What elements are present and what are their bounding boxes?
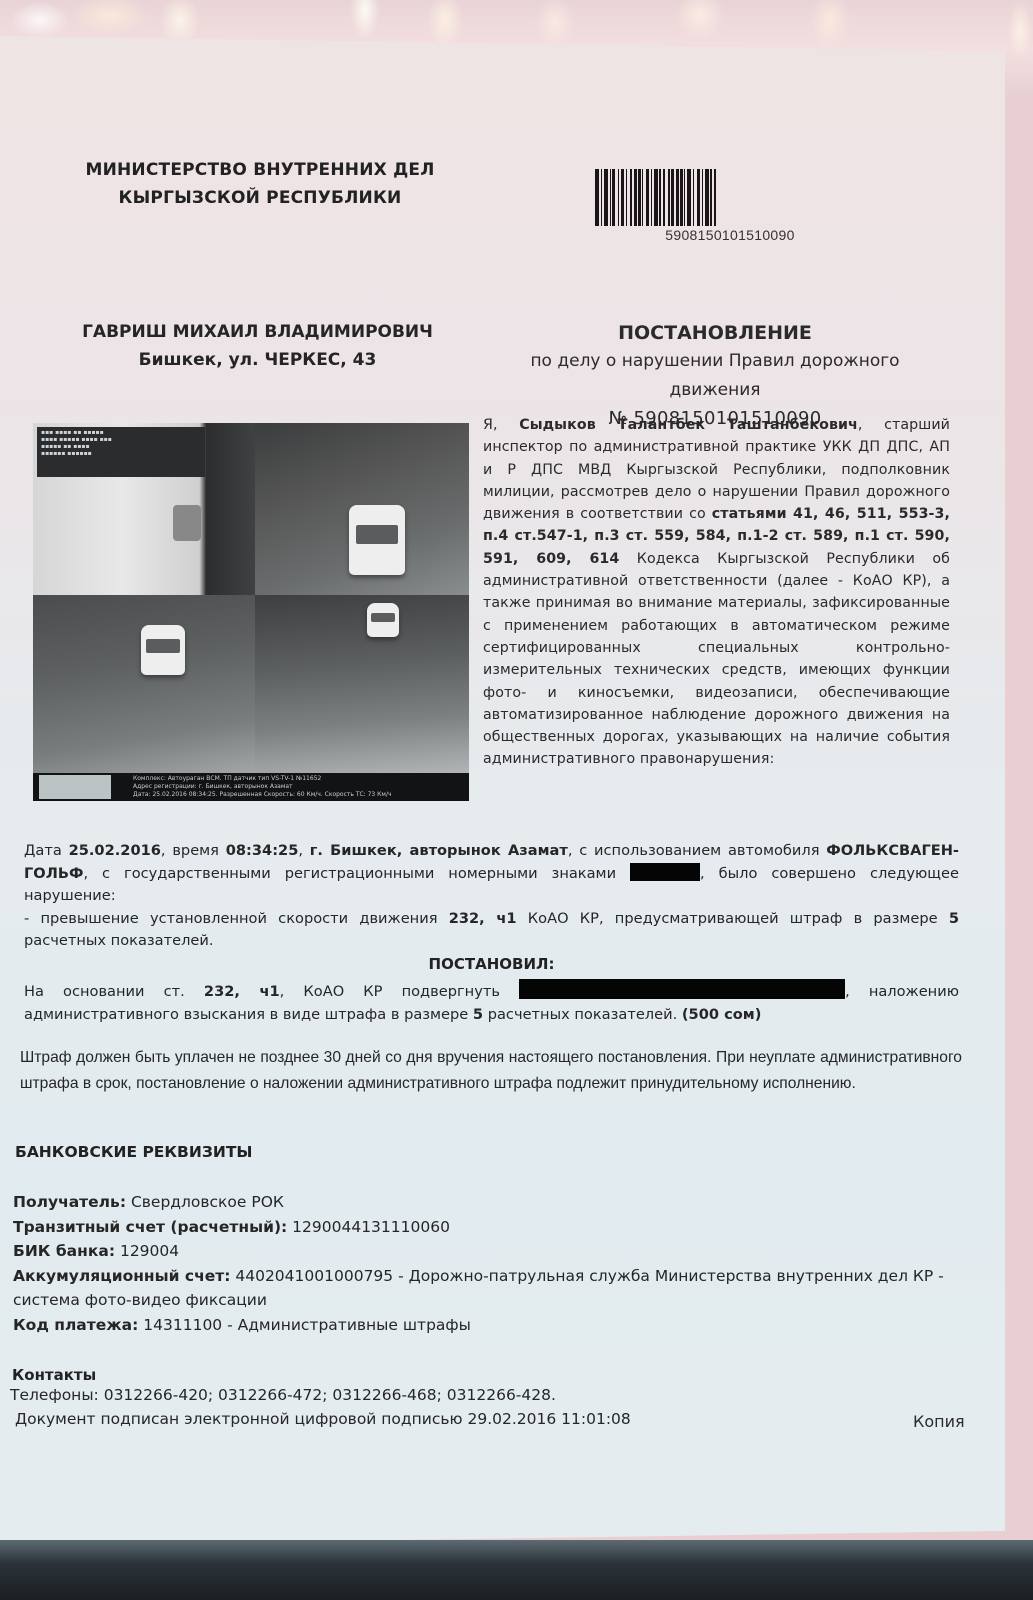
table-edge-shadow [0,1540,1033,1600]
addressee-address: Бишкек, ул. ЧЕРКЕС, 43 [55,346,460,374]
bank-row-payment-code: Код платежа: 14311100 - Административные… [13,1313,973,1338]
redacted-plate [630,863,700,881]
redacted-name [519,979,845,999]
bank-row-bik: БИК банка: 129004 [13,1239,973,1264]
contact-phones: Телефоны: 0312266-420; 0312266-472; 0312… [10,1386,556,1404]
car-icon [141,625,185,675]
decree-subtitle: по делу о нарушении Правил дорожного дви… [490,347,940,405]
fine-amount: (500 сом) [682,1006,762,1023]
bank-details-heading: БАНКОВСКИЕ РЕКВИЗИТЫ [15,1143,252,1161]
copy-mark: Копия [913,1412,965,1431]
violation-date: 25.02.2016 [69,842,161,859]
decree-title: ПОСТАНОВЛЕНИЕ [490,319,940,347]
barcode-icon [595,169,845,226]
photo-frame-3 [33,595,255,773]
violation-place: г. Бишкек, авторынок Азамат [310,842,568,859]
bank-row-transit-account: Транзитный счет (расчетный): 12900441311… [13,1215,973,1240]
violation-description: Дата 25.02.2016, время 08:34:25, г. Бишк… [24,840,959,953]
bank-row-accumulation-account: Аккумуляционный счет: 4402041001000795 -… [13,1264,973,1313]
bank-details-list: Получатель: Свердловское РОК Транзитный … [13,1190,973,1338]
payment-notice: Штраф должен быть уплачен не позднее 30 … [20,1045,962,1096]
ministry-heading: МИНИСТЕРСТВО ВНУТРЕННИХ ДЕЛ КЫРГЫЗСКОЙ Р… [60,156,460,212]
bank-row-recipient: Получатель: Свердловское РОК [13,1190,973,1215]
car-icon [367,603,399,637]
addressee-name: ГАВРИШ МИХАИЛ ВЛАДИМИРОВИЧ [55,318,460,346]
car-taillight [173,505,201,541]
photo-metadata-bar: Комплекс: Автоураган ВСМ. ТП датчик тип … [33,773,469,801]
car-icon [349,505,405,575]
photo-overlay-text: ▪▪▪ ▪▪▪▪ ▪▪ ▪▪▪▪▪▪▪▪▪ ▪▪▪▪▪ ▪▪▪▪ ▪▪▪▪▪▪▪… [41,429,112,457]
photo-frame-2 [255,423,469,595]
inspector-statement: Я, Сыдыков Талантбек Таштанбекович, стар… [483,414,950,771]
barcode-number: 5908150101510090 [615,227,845,243]
plate-thumbnail [39,775,111,799]
barcode: 5908150101510090 [595,169,845,243]
photo-frame-plate-closeup: ▪▪▪ ▪▪▪▪ ▪▪ ▪▪▪▪▪▪▪▪▪ ▪▪▪▪▪ ▪▪▪▪ ▪▪▪▪▪▪▪… [33,423,255,595]
photo-frame-4 [255,595,469,773]
violation-time: 08:34:25 [226,842,299,859]
camera-photo-collage: ▪▪▪ ▪▪▪▪ ▪▪ ▪▪▪▪▪▪▪▪▪ ▪▪▪▪▪ ▪▪▪▪ ▪▪▪▪▪▪▪… [33,423,469,801]
addressee-block: ГАВРИШ МИХАИЛ ВЛАДИМИРОВИЧ Бишкек, ул. Ч… [55,318,460,374]
resolution-text: На основании ст. 232, ч1, КоАО КР подвер… [24,979,959,1026]
inspector-name: Сыдыков Талантбек Таштанбекович [519,417,858,433]
signature-note: Документ подписан электронной цифровой п… [15,1410,631,1428]
resolved-heading: ПОСТАНОВИЛ: [24,955,959,973]
contacts-heading: Контакты [12,1366,96,1384]
